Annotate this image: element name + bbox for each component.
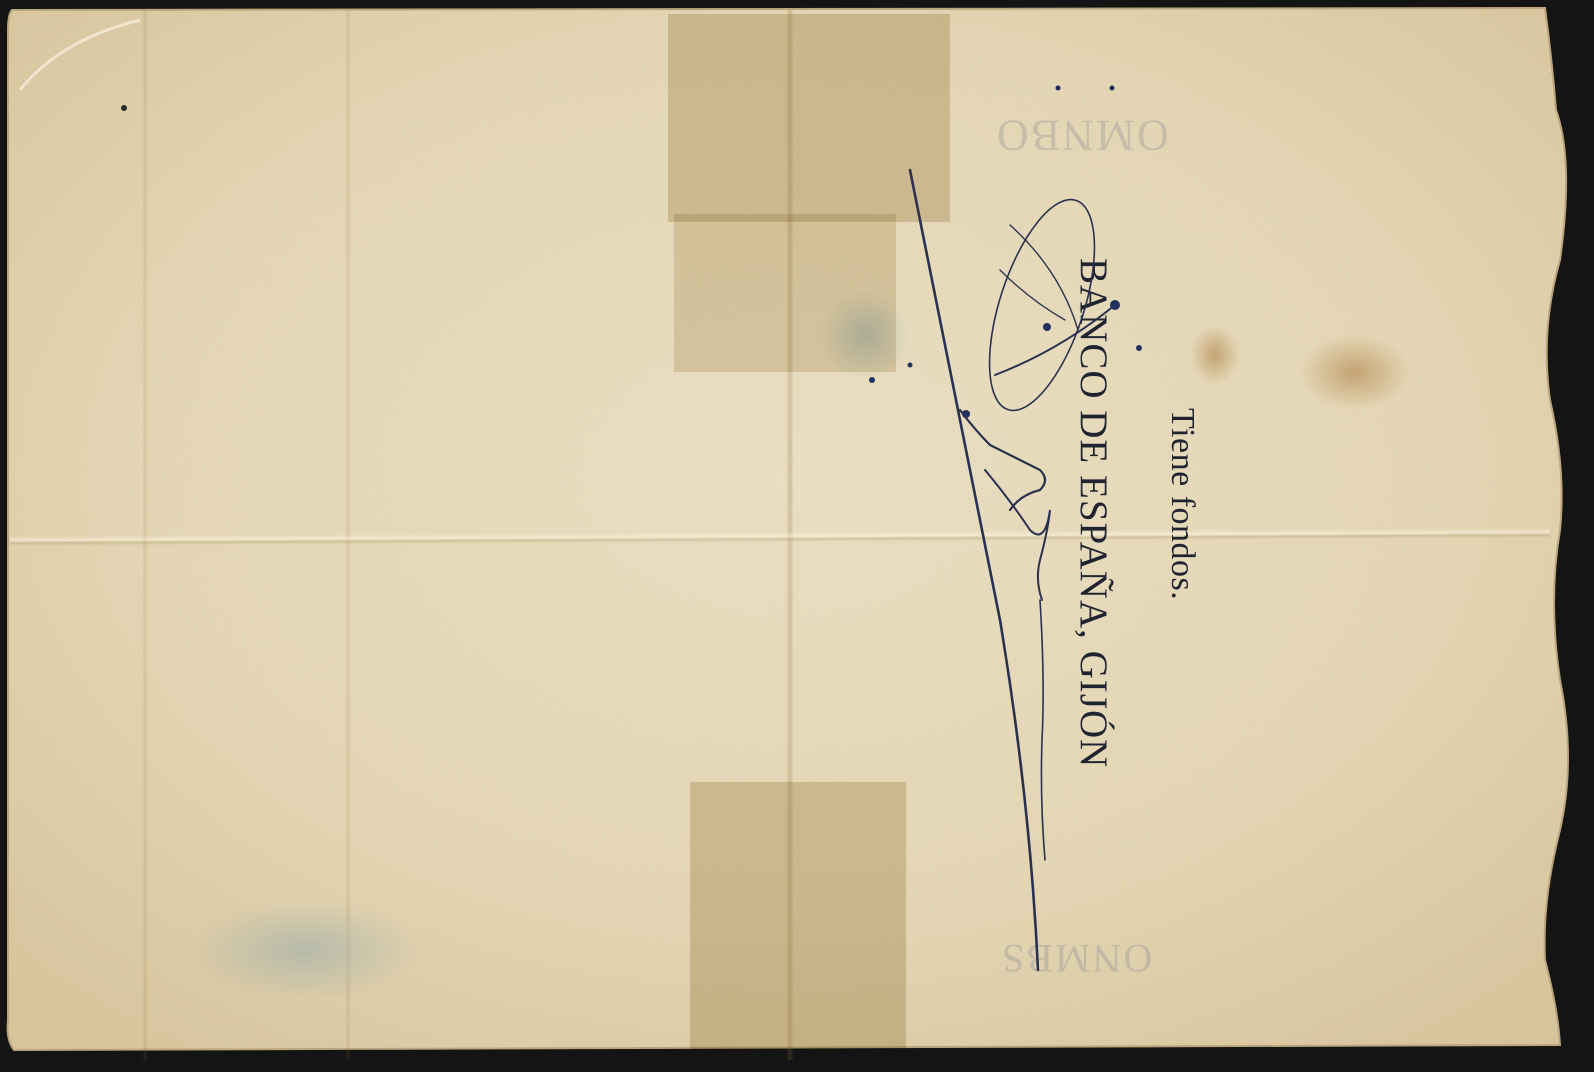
tape-repair-top xyxy=(668,14,950,222)
tape-repair-bottom xyxy=(690,782,906,1050)
faded-stamp-bottom: ONMBS xyxy=(1000,935,1152,982)
ink-bleed xyxy=(190,900,420,1000)
printed-text-tiene-fondos: Tiene fondos. xyxy=(1163,408,1201,600)
stain xyxy=(1300,335,1410,410)
tape-repair-middle xyxy=(674,214,896,372)
scanned-document: OMNBO ONMBS Tiene fondos. BANCO DE ESPAÑ… xyxy=(0,0,1594,1072)
stain xyxy=(1190,325,1240,385)
printed-text-bank-name: BANCO DE ESPAÑA, GIJÓN xyxy=(1071,258,1116,768)
faded-stamp-top: OMNBO xyxy=(995,110,1169,161)
